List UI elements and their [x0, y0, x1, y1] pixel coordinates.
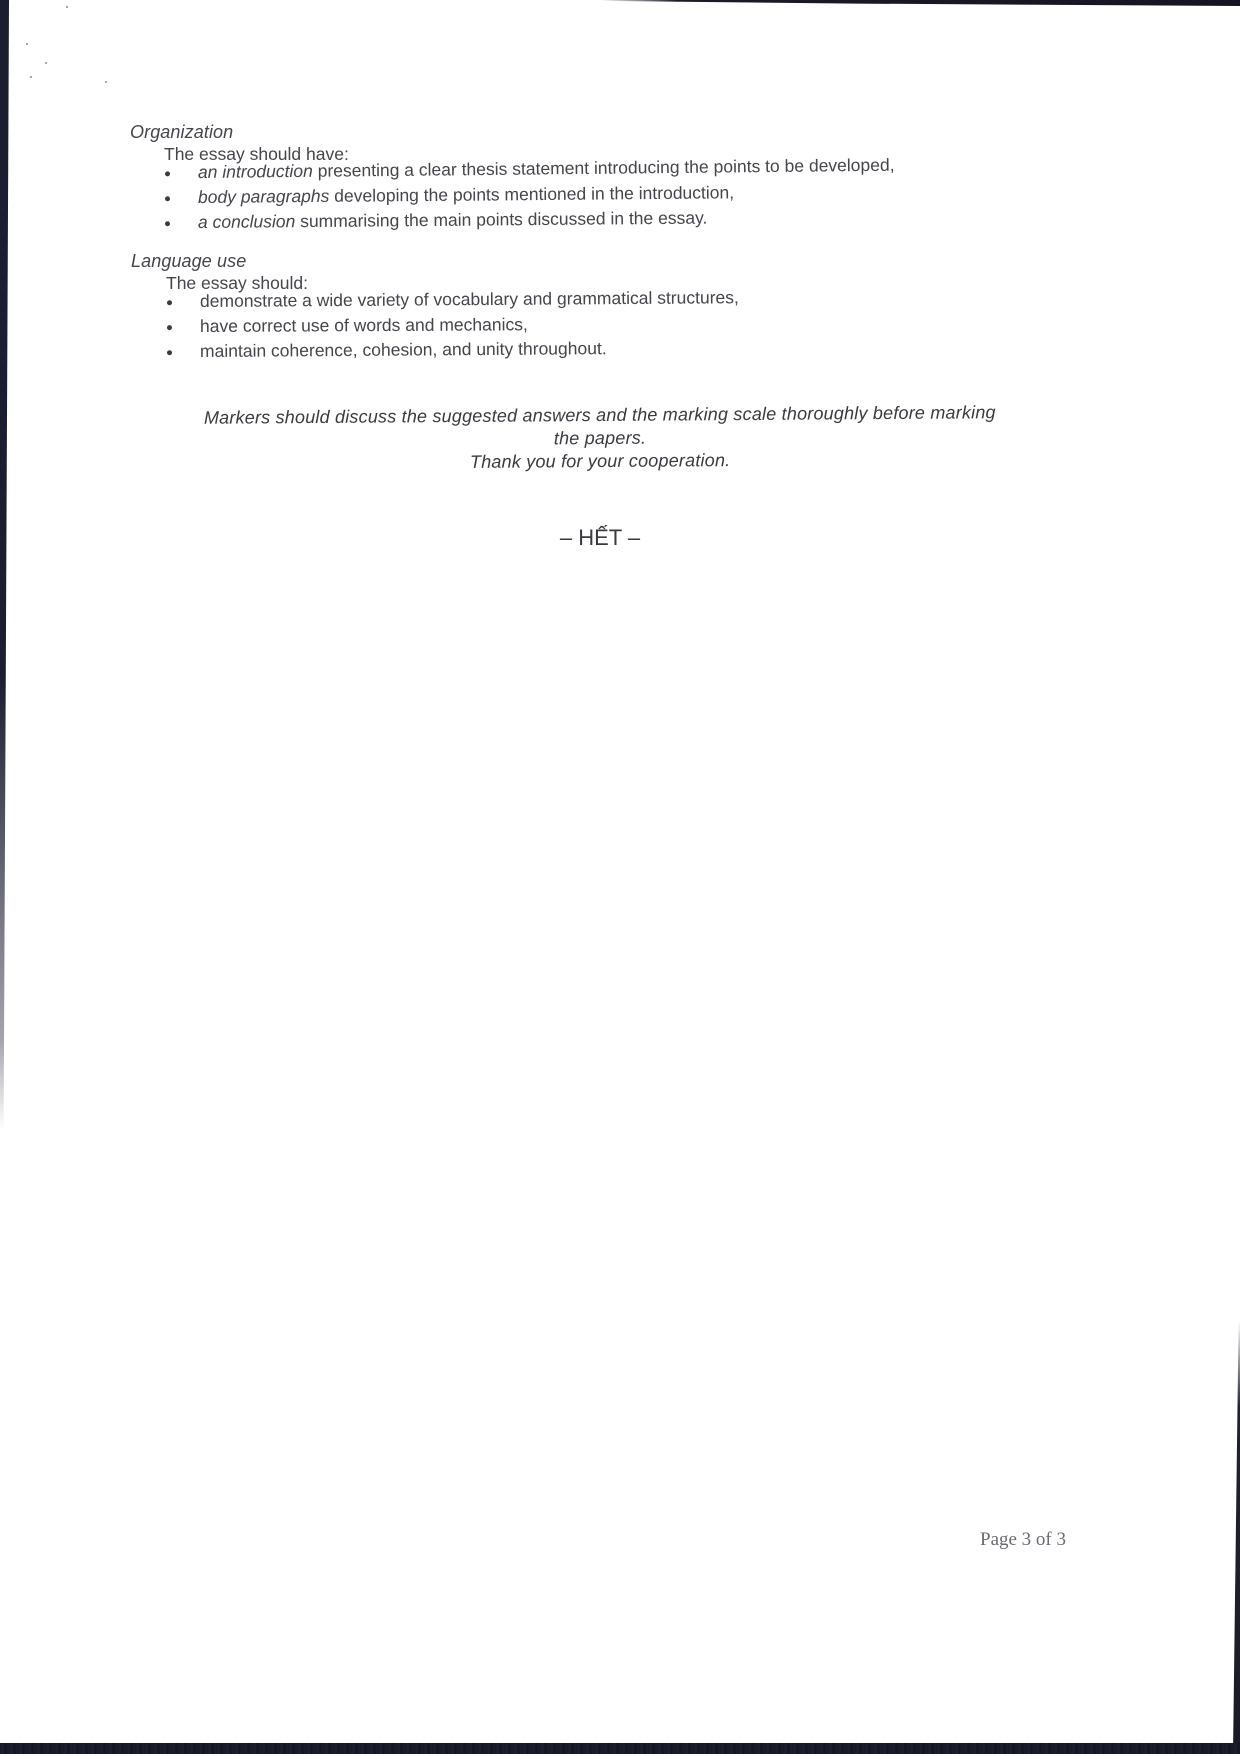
bullet-icon: [165, 196, 170, 201]
organization-heading: Organization: [130, 122, 233, 143]
list-item: demonstrate a wide variety of vocabulary…: [200, 285, 739, 314]
scan-speck: [26, 43, 28, 45]
item-emphasis: body paragraphs: [198, 186, 330, 207]
bullet-icon: [165, 221, 170, 226]
scan-speck: [45, 62, 47, 64]
bullet-icon: [167, 350, 172, 355]
page-number: Page 3 of 3: [980, 1529, 1066, 1551]
scan-edge-left: [0, 0, 9, 1130]
item-text: presenting a clear thesis statement intr…: [313, 155, 895, 181]
organization-list: an introduction presenting a clear thesi…: [198, 160, 895, 235]
scan-edge-top: [600, 0, 1240, 6]
scan-speck: [66, 6, 68, 8]
language-use-heading: Language use: [131, 251, 246, 272]
end-mark: – HẾT –: [500, 525, 700, 551]
item-emphasis: a conclusion: [198, 211, 295, 232]
scan-edge-bottom: [0, 1743, 1240, 1754]
item-text: have correct use of words and mechanics,: [200, 314, 528, 336]
list-item: a conclusion summarising the main points…: [198, 204, 895, 235]
item-emphasis: an introduction: [198, 161, 313, 182]
scan-speck: [105, 81, 107, 83]
bullet-icon: [167, 325, 172, 330]
language-use-list: demonstrate a wide variety of vocabulary…: [200, 289, 739, 364]
item-text: developing the points mentioned in the i…: [329, 182, 734, 206]
scan-speck: [30, 76, 32, 78]
closing-note: Markers should discuss the suggested ans…: [140, 401, 1060, 476]
bullet-icon: [165, 171, 170, 176]
item-text: summarising the main points discussed in…: [295, 208, 707, 232]
item-text: demonstrate a wide variety of vocabulary…: [200, 287, 739, 311]
item-text: maintain coherence, cohesion, and unity …: [200, 338, 607, 361]
list-item: maintain coherence, cohesion, and unity …: [200, 335, 739, 364]
bullet-icon: [167, 300, 172, 305]
scan-edge-right: [1233, 1320, 1240, 1754]
